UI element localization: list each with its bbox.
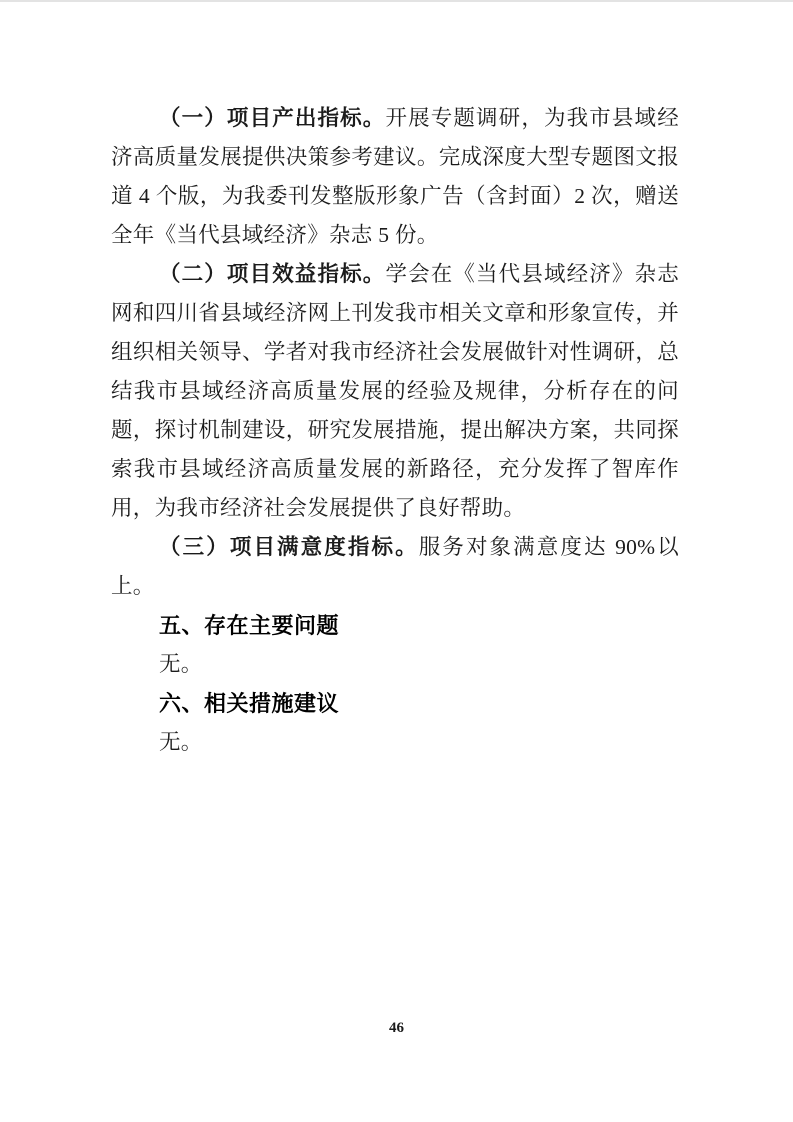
paragraph-benefit-indicator-text: 学会在《当代县域经济》杂志网和四川省县域经济网上刊发我市相关文章和形象宣传，并组… xyxy=(111,262,679,520)
document-page: （一）项目产出指标。开展专题调研，为我市县域经济高质量发展提供决策参考建议。完成… xyxy=(0,0,793,1122)
document-body: （一）项目产出指标。开展专题调研，为我市县域经济高质量发展提供决策参考建议。完成… xyxy=(111,99,679,762)
paragraph-none-1: 无。 xyxy=(111,645,679,684)
paragraph-benefit-indicator-lead: （二）项目效益指标。 xyxy=(159,262,385,286)
paragraph-satisfaction-indicator-lead: （三）项目满意度指标。 xyxy=(159,535,419,559)
heading-section-6-measures-suggestions: 六、相关措施建议 xyxy=(111,684,679,723)
paragraph-output-indicator: （一）项目产出指标。开展专题调研，为我市县域经济高质量发展提供决策参考建议。完成… xyxy=(111,99,679,255)
page-number: 46 xyxy=(0,1020,793,1037)
paragraph-satisfaction-indicator: （三）项目满意度指标。服务对象满意度达 90%以上。 xyxy=(111,528,679,606)
paragraph-benefit-indicator: （二）项目效益指标。学会在《当代县域经济》杂志网和四川省县域经济网上刊发我市相关… xyxy=(111,255,679,528)
paragraph-output-indicator-lead: （一）项目产出指标。 xyxy=(159,106,385,130)
paragraph-none-2: 无。 xyxy=(111,723,679,762)
heading-section-5-main-problems: 五、存在主要问题 xyxy=(111,606,679,645)
